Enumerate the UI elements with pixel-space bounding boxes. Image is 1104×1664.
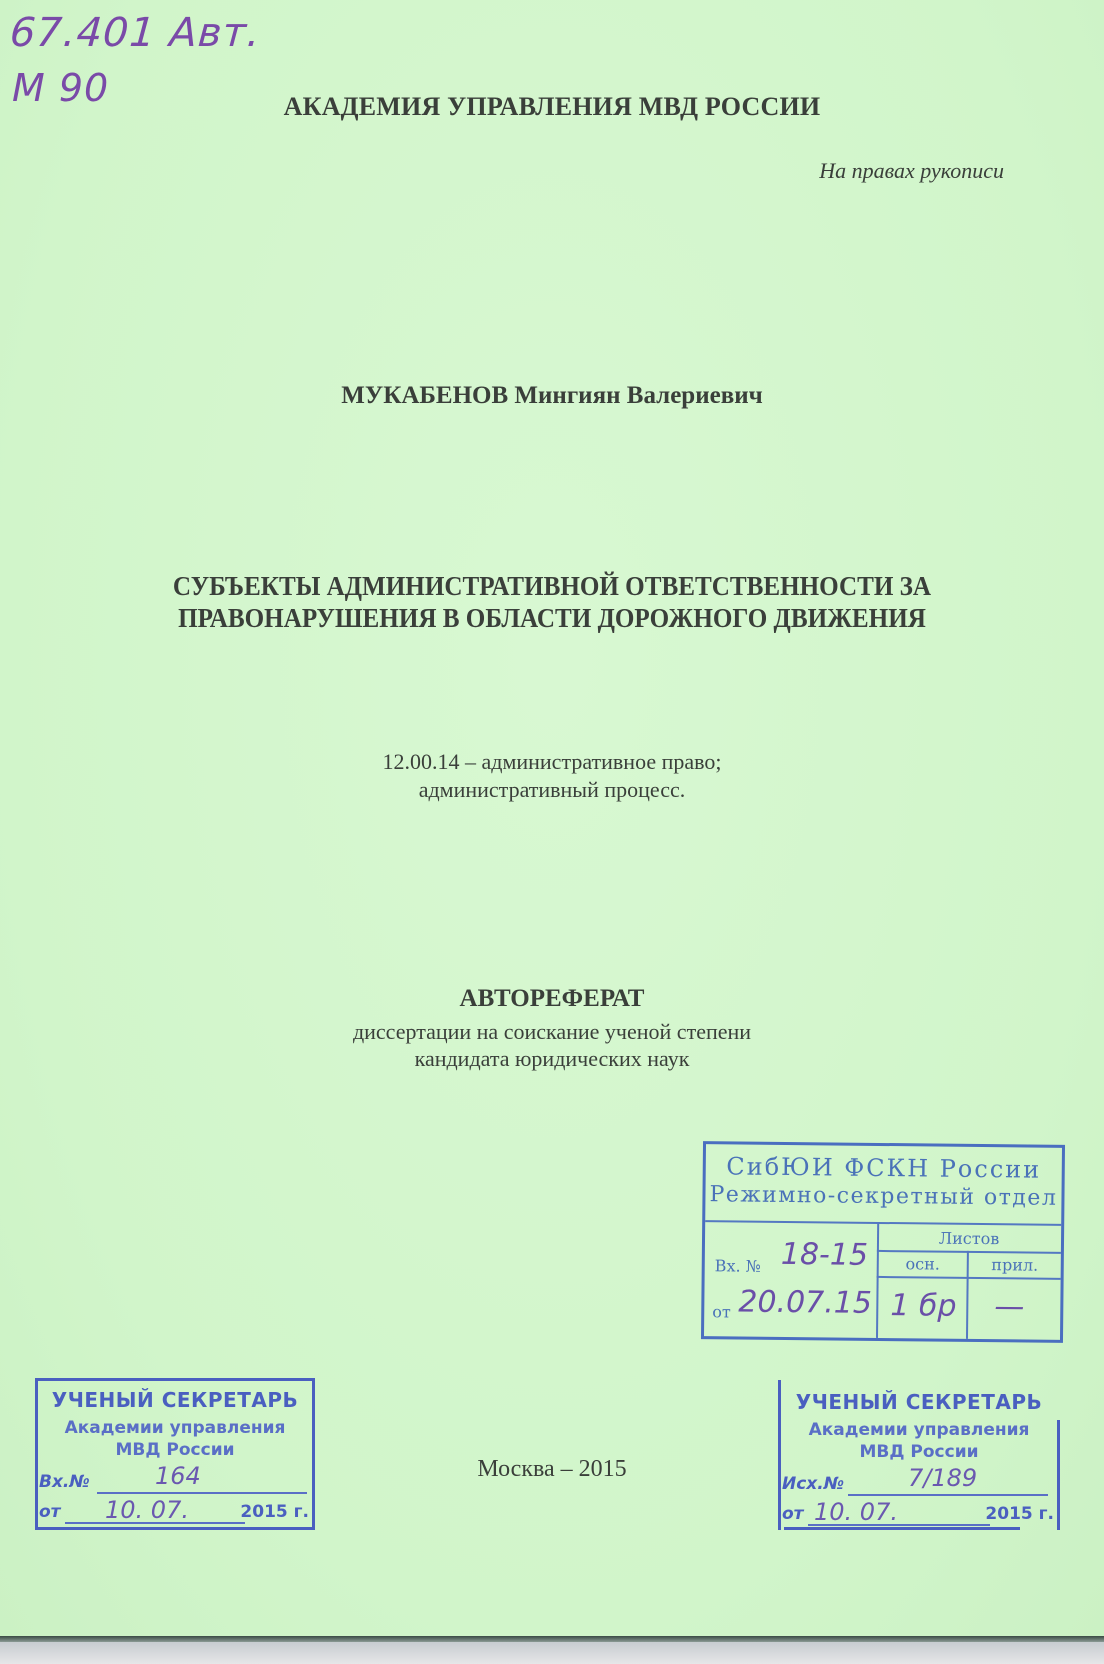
dissertation-title: СУБЪЕКТЫ АДМИНИСТРАТИВНОЙ ОТВЕТСТВЕННОСТ… — [39, 570, 1066, 634]
outgoing-number-value: 7/189 — [908, 1464, 977, 1492]
scanner-background — [0, 1642, 1104, 1664]
registry-org-line-1: СибЮИ ФСКН России — [706, 1152, 1062, 1184]
stamp-border — [784, 1527, 1020, 1530]
outgoing-year: 2015 г. — [985, 1504, 1054, 1524]
title-line-2: ПРАВОНАРУШЕНИЯ В ОБЛАСТИ ДОРОЖНОГО ДВИЖЕ… — [39, 602, 1066, 634]
main-sheets-value: 1 бр — [890, 1288, 957, 1324]
specialty-line-2: административный процесс. — [0, 776, 1104, 804]
number-underline — [97, 1492, 307, 1494]
secretary-org-line-3: МВД России — [35, 1440, 315, 1460]
outgoing-number-label: Исх.№ — [782, 1474, 844, 1494]
secretary-org-line-3: МВД России — [778, 1442, 1060, 1462]
secretary-org-line-2: Академии управления — [35, 1418, 315, 1438]
stamp-border — [35, 1527, 315, 1530]
registry-stamp: СибЮИ ФСКН России Режимно-секретный отде… — [701, 1141, 1065, 1343]
incoming-year: 2015 г. — [240, 1502, 309, 1522]
title-line-1: СУБЪЕКТЫ АДМИНИСТРАТИВНОЙ ОТВЕТСТВЕННОСТ… — [39, 570, 1066, 602]
incoming-number-label: Вх.№ — [39, 1472, 90, 1492]
author-name: МУКАБЕНОВ Мингиян Валериевич — [0, 382, 1104, 410]
sheets-label: Листов — [877, 1228, 1061, 1249]
incoming-number-label: Вх. № — [715, 1256, 761, 1275]
rights-note: На правах рукописи — [819, 158, 1004, 184]
registry-date-value: 20.07.15 — [738, 1284, 872, 1320]
secretary-outgoing-stamp: УЧЕНЫЙ СЕКРЕТАРЬ Академии управления МВД… — [778, 1380, 1060, 1530]
number-underline — [848, 1494, 1048, 1496]
genre-line-2: кандидата юридических наук — [0, 1045, 1104, 1072]
main-sheets-label: осн. — [879, 1254, 967, 1274]
incoming-number-value: 18-15 — [781, 1237, 869, 1273]
date-from-label: от — [39, 1502, 61, 1522]
specialty: 12.00.14 – административное право; админ… — [0, 748, 1104, 804]
secretary-org-line-2: Академии управления — [778, 1420, 1060, 1440]
outgoing-date-value: 10. 07. — [814, 1498, 898, 1526]
organization-name: АКАДЕМИЯ УПРАВЛЕНИЯ МВД РОССИИ — [0, 92, 1104, 122]
handwritten-call-number: 67.401 Авт. — [8, 10, 262, 56]
specialty-line-1: 12.00.14 – административное право; — [0, 748, 1104, 776]
genre-heading: АВТОРЕФЕРАТ — [0, 985, 1104, 1013]
date-from-label: от — [782, 1504, 804, 1524]
secretary-title: УЧЕНЫЙ СЕКРЕТАРЬ — [778, 1390, 1060, 1414]
registry-org-line-2: Режимно-секретный отдел — [705, 1182, 1061, 1211]
secretary-incoming-stamp: УЧЕНЫЙ СЕКРЕТАРЬ Академии управления МВД… — [35, 1378, 315, 1530]
incoming-date-value: 10. 07. — [105, 1496, 189, 1524]
document-cover-page: 67.401 Авт. М 90 АКАДЕМИЯ УПРАВЛЕНИЯ МВД… — [0, 0, 1104, 1638]
incoming-number-value: 164 — [155, 1462, 201, 1490]
genre-description: диссертации на соискание ученой степени … — [0, 1018, 1104, 1072]
date-from-label: от — [712, 1302, 731, 1321]
appendix-sheets-label: прил. — [969, 1255, 1061, 1275]
secretary-title: УЧЕНЫЙ СЕКРЕТАРЬ — [35, 1388, 315, 1412]
genre-line-1: диссертации на соискание ученой степени — [0, 1018, 1104, 1045]
stamp-border — [35, 1378, 315, 1381]
appendix-sheets-value: — — [994, 1289, 1024, 1324]
stamp-divider — [705, 1220, 1061, 1226]
